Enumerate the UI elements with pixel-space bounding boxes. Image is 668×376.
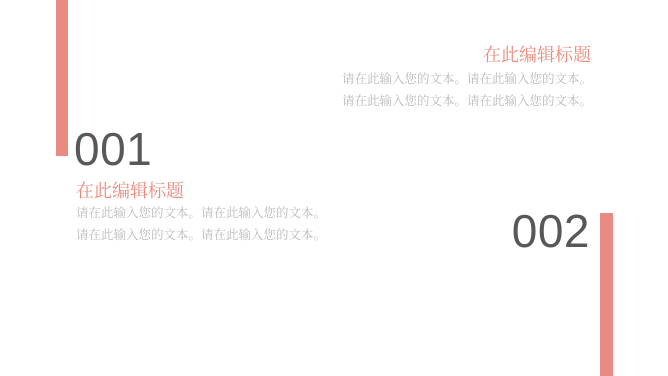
section1-body-line2: 请在此输入您的文本。请在此输入您的文本。 [76, 224, 326, 246]
slide-canvas: 001 在此编辑标题 请在此输入您的文本。请在此输入您的文本。 请在此输入您的文… [0, 0, 668, 376]
section1-body: 请在此输入您的文本。请在此输入您的文本。 请在此输入您的文本。请在此输入您的文本… [76, 202, 326, 246]
section2-number: 002 [512, 208, 590, 254]
section2-body-line2: 请在此输入您的文本。请在此输入您的文本。 [342, 90, 592, 112]
section2-body-line1: 请在此输入您的文本。请在此输入您的文本。 [342, 68, 592, 90]
section1-number: 001 [74, 126, 152, 172]
section2-body: 请在此输入您的文本。请在此输入您的文本。 请在此输入您的文本。请在此输入您的文本… [342, 68, 592, 112]
section2-accent-bar [600, 213, 613, 376]
section1-body-line1: 请在此输入您的文本。请在此输入您的文本。 [76, 202, 326, 224]
section1-accent-bar [56, 0, 68, 156]
section1-title: 在此编辑标题 [76, 180, 184, 202]
section2-title: 在此编辑标题 [483, 44, 591, 66]
